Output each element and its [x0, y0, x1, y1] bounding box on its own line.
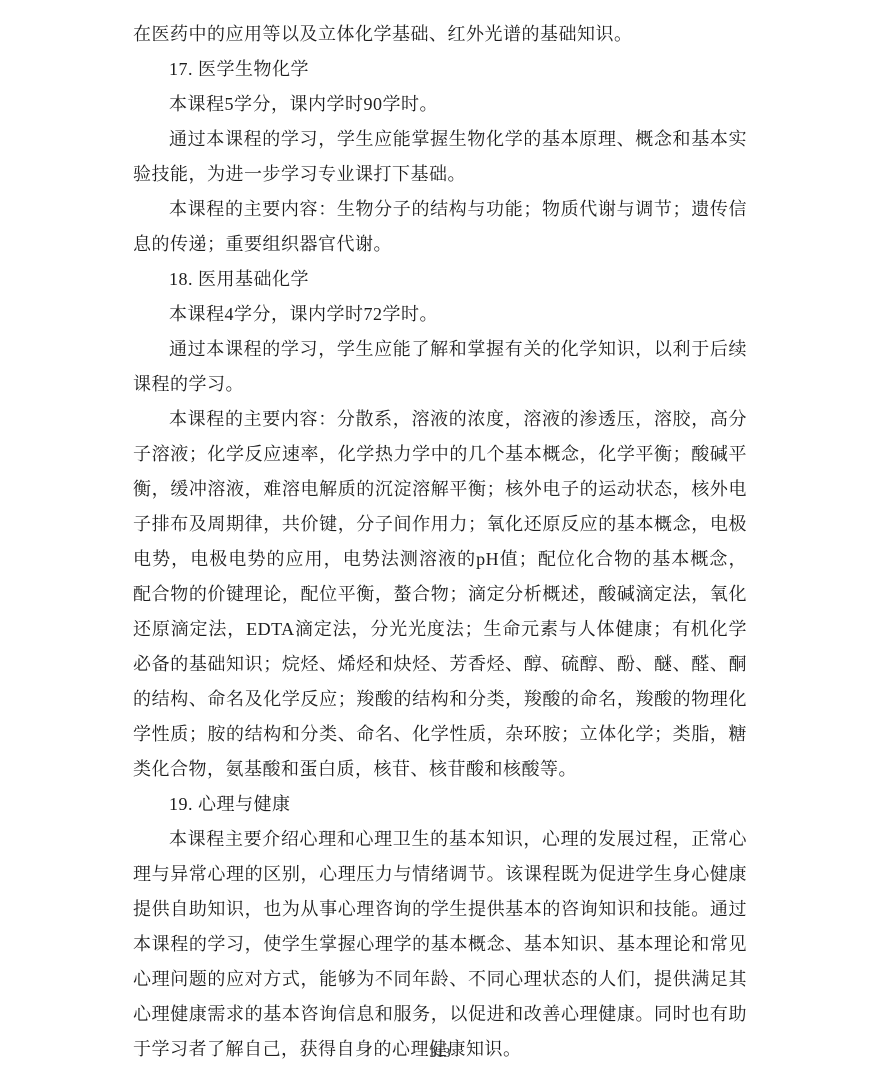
course-17-objective: 通过本课程的学习，学生应能掌握生物化学的基本原理、概念和基本实验技能，为进一步学… [133, 122, 747, 192]
document-page: 在医药中的应用等以及立体化学基础、红外光谱的基础知识。 17. 医学生物化学 本… [0, 0, 880, 1084]
course-19-description: 本课程主要介绍心理和心理卫生的基本知识，心理的发展过程，正常心理与异常心理的区别… [133, 822, 747, 1067]
course-18-credits: 本课程4学分，课内学时72学时。 [133, 297, 747, 332]
paragraph-continuation: 在医药中的应用等以及立体化学基础、红外光谱的基础知识。 [133, 17, 747, 52]
course-18-objective: 通过本课程的学习，学生应能了解和掌握有关的化学知识，以利于后续课程的学习。 [133, 332, 747, 402]
course-18-heading: 18. 医用基础化学 [133, 262, 747, 297]
course-17-credits: 本课程5学分，课内学时90学时。 [133, 87, 747, 122]
course-17-content: 本课程的主要内容：生物分子的结构与功能；物质代谢与调节；遗传信息的传递；重要组织… [133, 192, 747, 262]
page-number: 313 [0, 1046, 880, 1062]
course-19-heading: 19. 心理与健康 [133, 787, 747, 822]
course-17-heading: 17. 医学生物化学 [133, 52, 747, 87]
document-body: 在医药中的应用等以及立体化学基础、红外光谱的基础知识。 17. 医学生物化学 本… [133, 17, 747, 1067]
course-18-content: 本课程的主要内容：分散系，溶液的浓度，溶液的渗透压，溶胶，高分子溶液；化学反应速… [133, 402, 747, 787]
